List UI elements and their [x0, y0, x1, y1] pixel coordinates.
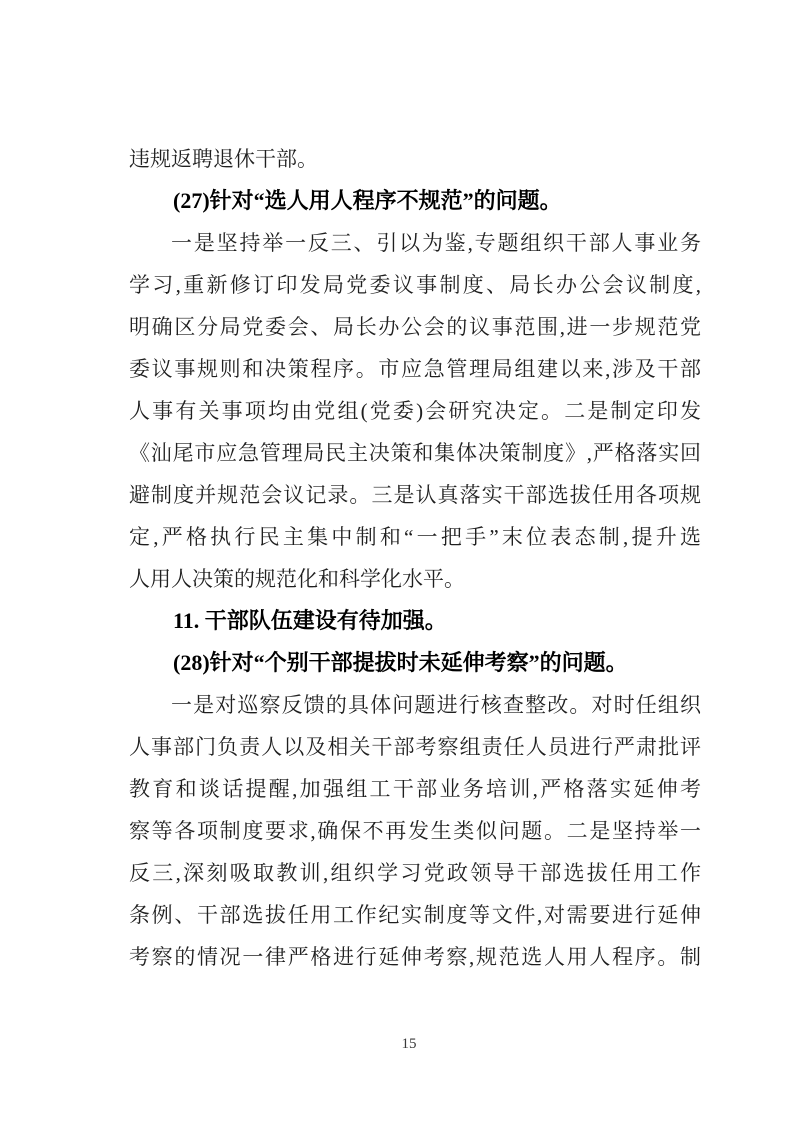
heading-line: (28)针对“个别干部提拔时未延伸考察”的问题。 [129, 642, 701, 684]
text-line: 人事有关事项均由党组(党委)会研究决定。二是制定印发 [129, 390, 701, 432]
text-line: 条例、干部选拔任用工作纪实制度等文件,对需要进行延伸 [129, 894, 701, 936]
text-line: 《汕尾市应急管理局民主决策和集体决策制度》,严格落实回 [129, 432, 701, 474]
text-line: 人用人决策的规范化和科学化水平。 [129, 558, 701, 600]
text-line: 教育和谈话提醒,加强组工干部业务培训,严格落实延伸考 [129, 768, 701, 810]
text-line: 委议事规则和决策程序。市应急管理局组建以来,涉及干部 [129, 348, 701, 390]
document-page: 违规返聘退休干部。(27)针对“选人用人程序不规范”的问题。一是坚持举一反三、引… [0, 0, 794, 1123]
heading-line: (27)针对“选人用人程序不规范”的问题。 [129, 180, 701, 222]
page-body-text: 违规返聘退休干部。(27)针对“选人用人程序不规范”的问题。一是坚持举一反三、引… [129, 138, 701, 978]
text-line: 定,严格执行民主集中制和“一把手”末位表态制,提升选 [129, 516, 701, 558]
heading-line: 11. 干部队伍建设有待加强。 [129, 600, 701, 642]
text-line: 违规返聘退休干部。 [129, 138, 701, 180]
text-line: 明确区分局党委会、局长办公会的议事范围,进一步规范党 [129, 306, 701, 348]
text-line: 一是对巡察反馈的具体问题进行核查整改。对时任组织 [129, 684, 701, 726]
text-line: 反三,深刻吸取教训,组织学习党政领导干部选拔任用工作 [129, 852, 701, 894]
text-line: 一是坚持举一反三、引以为鉴,专题组织干部人事业务 [129, 222, 701, 264]
text-line: 避制度并规范会议记录。三是认真落实干部选拔任用各项规 [129, 474, 701, 516]
text-line: 考察的情况一律严格进行延伸考察,规范选人用人程序。制 [129, 936, 701, 978]
text-line: 人事部门负责人以及相关干部考察组责任人员进行严肃批评 [129, 726, 701, 768]
text-line: 察等各项制度要求,确保不再发生类似问题。二是坚持举一 [129, 810, 701, 852]
page-number: 15 [0, 1036, 794, 1053]
text-line: 学习,重新修订印发局党委议事制度、局长办公会议制度, [129, 264, 701, 306]
